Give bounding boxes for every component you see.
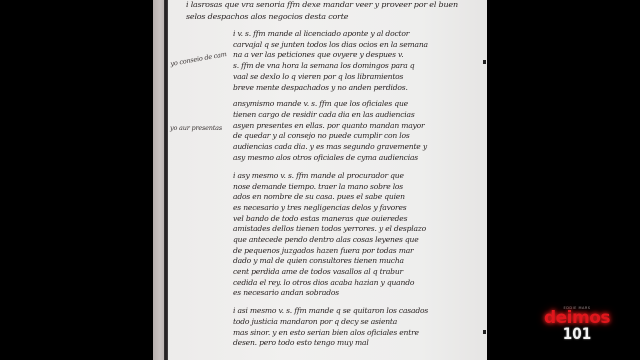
watermark-number: 101 — [530, 325, 624, 343]
manuscript-line: i asy mesmo v. s. ffm mande al procurado… — [233, 171, 404, 180]
manuscript-line: nose demande tiempo. traer la mano sobre… — [233, 182, 403, 191]
manuscript-line: i v. s. ffm mande al licenciado aponte y… — [233, 29, 409, 38]
manuscript-line: asy mesmo alos otros oficiales de cyma a… — [233, 153, 418, 162]
binding-line — [164, 0, 168, 360]
manuscript-line: audiencias cada dia. y es mas segundo gr… — [233, 142, 427, 151]
manuscript-line: todo justicia mandaron por q decy se asi… — [233, 317, 397, 326]
channel-watermark-logo: EDDIE MARS deimos 101 — [522, 305, 632, 347]
margin-note: yo aur presentas — [170, 124, 222, 132]
manuscript-line: carvajal q se junten todos los dias ocio… — [233, 40, 428, 49]
manuscript-line: es necesario y tres negligencias delos y… — [233, 203, 406, 212]
manuscript-line: vel bando de todo estas maneras que ouie… — [233, 214, 407, 223]
manuscript-line: breve mente despachados y no anden perdi… — [233, 83, 408, 92]
page-mark — [483, 330, 486, 334]
manuscript-line: es necesario andan sobrados — [233, 288, 339, 297]
manuscript-page: i lasrosas que vra senoria ffm dexe mand… — [153, 0, 487, 360]
manuscript-line: mas sinor. y en esto serian bien alos of… — [233, 328, 419, 337]
manuscript-line: que antecede pendo dentro alas cosas ley… — [233, 235, 419, 244]
manuscript-line: na a ver las peticiones que ovyere y des… — [233, 50, 403, 59]
manuscript-line: vaal se dexlo lo q vieren por q los libr… — [233, 72, 403, 81]
manuscript-line: ados en nombre de su casa. pues el sabe … — [233, 192, 405, 201]
page-mark — [483, 60, 486, 64]
manuscript-line: cent perdida ame de todos vasallos al q … — [233, 267, 403, 276]
manuscript-line: i lasrosas que vra senoria ffm dexe mand… — [186, 0, 458, 8]
manuscript-line: de pequenos juzgados hazen fuera por tod… — [233, 246, 413, 255]
manuscript-line: selos despachos alos negocios desta cort… — [186, 12, 348, 20]
manuscript-line: i asi mesmo v. s. ffm mande q se quitaro… — [233, 306, 428, 315]
manuscript-line: cedida el rey. lo otros dios acaba hazia… — [233, 278, 414, 287]
manuscript-line: s. ffm de vna hora la semana los domingo… — [233, 61, 414, 70]
manuscript-line: tienen cargo de residir cada dia en las … — [233, 110, 415, 119]
manuscript-line: ansymismo mande v. s. ffm que los oficia… — [233, 99, 408, 108]
manuscript-line: dado y mal de quien consultores tienen m… — [233, 256, 404, 265]
manuscript-line: de quedar y al consejo no puede cumplir … — [233, 131, 410, 140]
margin-note: yo conseio de cam — [170, 50, 228, 68]
manuscript-line: amistades dellos tienen todos yerrores. … — [233, 224, 426, 233]
manuscript-line: asyen presentes en ellas. por quanto man… — [233, 121, 424, 130]
video-frame: i lasrosas que vra senoria ffm dexe mand… — [0, 0, 640, 360]
manuscript-line: desen. pero todo esto tengo muy mal — [233, 338, 369, 347]
page-edge-strip — [153, 0, 164, 360]
